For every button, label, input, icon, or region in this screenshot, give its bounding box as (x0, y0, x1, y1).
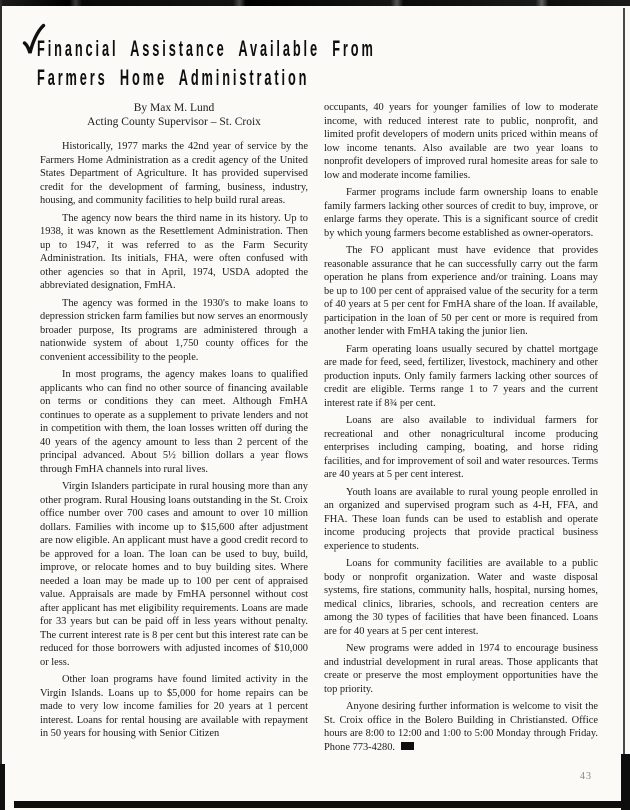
article-paragraph: Farm operating loans usually secured by … (324, 343, 598, 411)
article-title: Financial Assistance Available From Farm… (37, 34, 600, 92)
article-paragraph: The agency was formed in the 1930's to m… (40, 297, 308, 365)
article-title-line1: Financial Assistance Available From (37, 34, 364, 63)
article-paragraph: New programs were added in 1974 to encou… (324, 642, 598, 696)
article-paragraph: Anyone desiring further information is w… (324, 700, 598, 754)
scan-artifact-top-edge (0, 0, 630, 6)
byline-author: By Max M. Lund (40, 101, 308, 115)
left-column: By Max M. Lund Acting County Supervisor … (40, 101, 308, 758)
scan-artifact-right-edge (623, 8, 625, 806)
article-paragraph: Loans are also available to individual f… (324, 414, 598, 482)
article-paragraph: Farmer programs include farm ownership l… (324, 186, 598, 240)
scan-artifact-left-bottom-edge (0, 764, 5, 810)
scan-artifact-left-edge (0, 0, 2, 810)
right-column: occupants, 40 years for younger families… (324, 101, 598, 758)
page-number: 43 (580, 771, 592, 782)
article-paragraph: Other loan programs have found limited a… (40, 673, 308, 741)
scanned-document-page: Financial Assistance Available From Farm… (0, 0, 630, 810)
end-of-article-marker (401, 742, 414, 750)
article-paragraph: Virgin Islanders participate in rural ho… (40, 480, 308, 669)
article-paragraph: The agency now bears the third name in i… (40, 212, 308, 293)
article-paragraph: The FO applicant must have evidence that… (324, 244, 598, 339)
article-paragraph: occupants, 40 years for younger families… (324, 101, 598, 182)
article-paragraph: In most programs, the agency makes loans… (40, 368, 308, 476)
article-paragraph: Youth loans are available to rural young… (324, 486, 598, 554)
article-body: By Max M. Lund Acting County Supervisor … (0, 101, 630, 758)
article-paragraph: Historically, 1977 marks the 42nd year o… (40, 140, 308, 208)
article-title-line2: Farmers Home Administration (37, 63, 364, 92)
article-paragraph-text: Anyone desiring further information is w… (324, 701, 598, 753)
scan-artifact-bottom-right-corner (621, 754, 630, 810)
scan-artifact-bottom-edge (14, 801, 630, 808)
byline: By Max M. Lund Acting County Supervisor … (40, 101, 308, 129)
byline-role: Acting County Supervisor – St. Croix (40, 115, 308, 129)
article-paragraph: Loans for community facilities are avail… (324, 557, 598, 638)
